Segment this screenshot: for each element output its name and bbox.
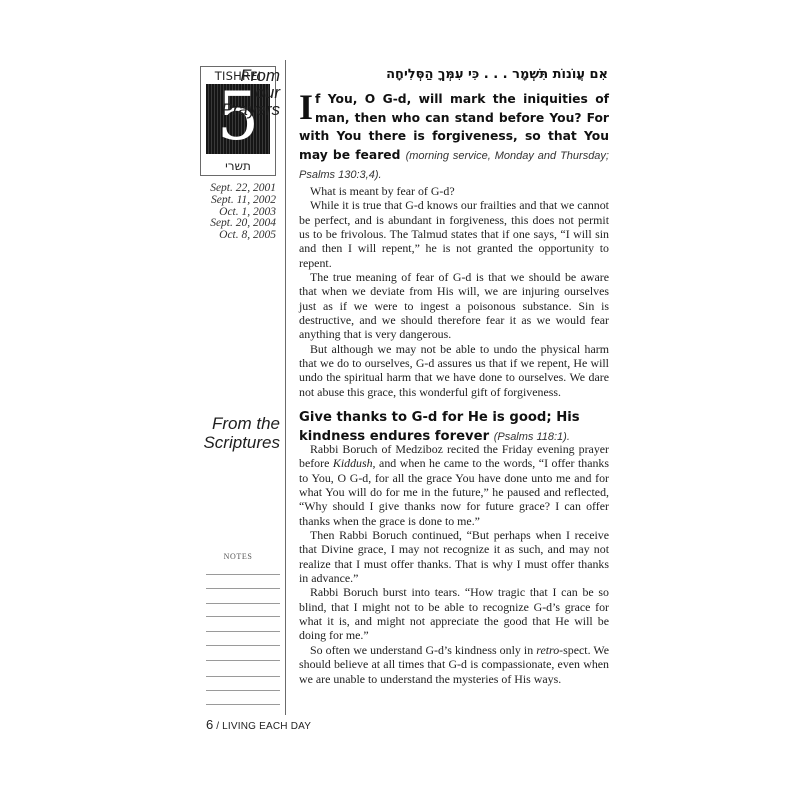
page-footer: 6 / LIVING EACH DAY (206, 716, 311, 734)
text: So often we understand G-d’s kindness on… (310, 643, 536, 657)
note-line (206, 616, 280, 617)
column-divider (285, 60, 286, 715)
note-line (206, 660, 280, 661)
paragraph: Rabbi Boruch of Medziboz recited the Fri… (299, 442, 609, 528)
hebrew-verse: אִם עֲוֹנוֹת תִּשְׁמָר . . . כִּי עִמְּך… (300, 67, 608, 82)
hebrew-month-label: תשרי (201, 159, 275, 173)
gregorian-dates-list: Sept. 22, 2001 Sept. 11, 2002 Oct. 1, 20… (190, 183, 276, 242)
note-line (206, 588, 280, 589)
paragraph: The true meaning of fear of G-d is that … (299, 270, 609, 342)
scriptures-commentary: Rabbi Boruch of Medziboz recited the Fri… (299, 442, 609, 686)
note-line (206, 645, 280, 646)
note-line (206, 676, 280, 677)
note-line (206, 574, 280, 575)
label-word: From the (190, 414, 280, 433)
drop-cap: I (299, 92, 313, 122)
note-line (206, 631, 280, 632)
label-word: Scriptures (190, 433, 280, 452)
emphasis: retro- (536, 643, 563, 657)
emphasis: Kiddush, (333, 456, 376, 470)
section-label-from-the-scriptures: From the Scriptures (190, 414, 280, 452)
label-word: Prayers (190, 100, 280, 119)
note-line (206, 690, 280, 691)
paragraph: Then Rabbi Boruch continued, “But perhap… (299, 528, 609, 585)
paragraph: Rabbi Boruch burst into tears. “How trag… (299, 585, 609, 642)
paragraph: What is meant by fear of G-d? (299, 184, 609, 198)
prayers-commentary: What is meant by fear of G-d? While it i… (299, 184, 609, 399)
date-item: Sept. 11, 2002 (190, 195, 276, 207)
note-line (206, 704, 280, 705)
paragraph: While it is true that G-d knows our frai… (299, 198, 609, 270)
book-page: TISHREI 5 תשרי Sept. 22, 2001 Sept. 11, … (0, 0, 800, 800)
footer-separator: / (213, 721, 222, 732)
date-item: Oct. 8, 2005 (190, 230, 276, 242)
paragraph: But although we may not be able to undo … (299, 342, 609, 399)
note-line (206, 603, 280, 604)
section-label-from-our-prayers: From our Prayers (190, 66, 280, 119)
notes-label: NOTES (200, 552, 276, 561)
book-title: LIVING EACH DAY (222, 721, 311, 732)
paragraph: So often we understand G-d’s kindness on… (299, 643, 609, 686)
prayer-quote: If You, O G-d, will mark the iniquities … (299, 90, 609, 185)
